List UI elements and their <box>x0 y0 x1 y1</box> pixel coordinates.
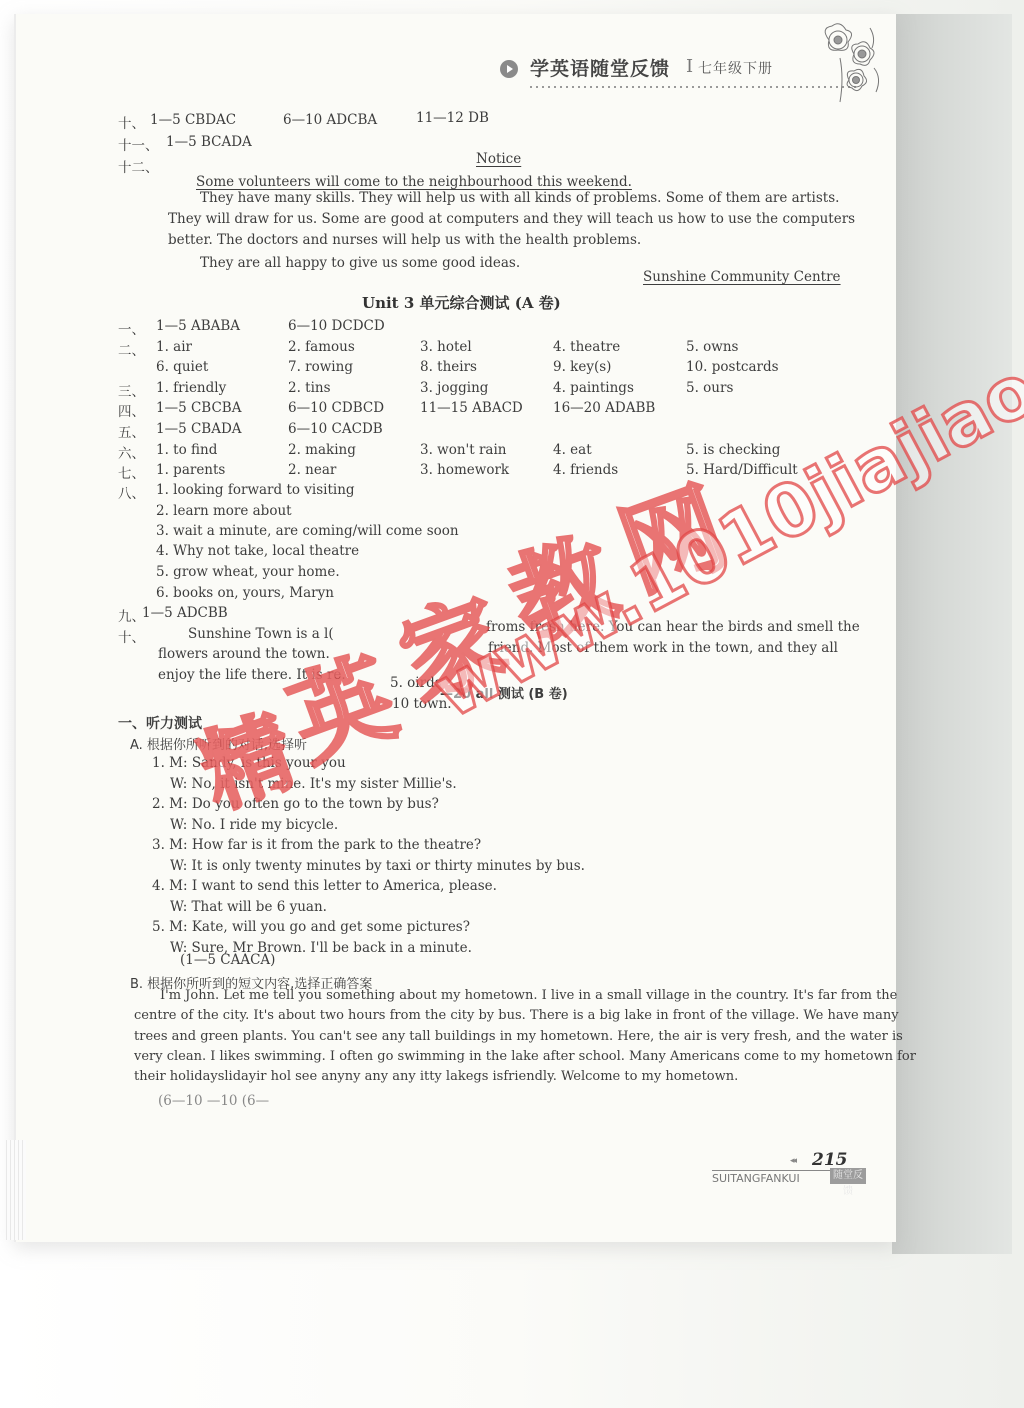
section-10-fragment: 5. oirds <box>390 675 442 691</box>
footer-rule <box>712 1170 830 1171</box>
unit3-row-num: 七、 <box>118 462 145 482</box>
unit3-answer-cell: 3. won't rain <box>420 442 507 458</box>
footer-brand: SUITANGFANKUI <box>712 1172 800 1185</box>
unit3-answer-cell: 1—5 CBCBA <box>156 400 241 416</box>
section-10-right-line: friend. Most of them work in the town, a… <box>488 640 838 656</box>
answer-10-part1: 1—5 CBDAC <box>150 112 236 128</box>
unit3-row-num: 一、 <box>118 318 145 338</box>
unit3-answer-cell: 1. to find <box>156 442 217 458</box>
dialogue-man-line: 1. M: Sandy, is this your you <box>152 755 346 771</box>
dialogue-woman-line: W: No, it isn't mine. It's my sister Mil… <box>170 776 457 792</box>
page-stack-edges <box>6 1140 26 1240</box>
answer-10-part2: 6—10 ADCBA <box>283 112 377 128</box>
unit3-row-num: 三、 <box>118 380 145 400</box>
unit3-answer-cell: 5. is checking <box>686 442 780 458</box>
part-b-line: I'm John. Let me tell you something abou… <box>160 985 897 1006</box>
answer-11-num: 十一、 <box>118 134 159 154</box>
dialogue-woman-line: W: That will be 6 yuan. <box>170 899 327 915</box>
page-number: 215 <box>812 1150 848 1170</box>
unit3-row-num: 二、 <box>118 339 145 359</box>
unit3-answer-cell: 4. paintings <box>553 380 634 396</box>
notice-title: Notice <box>476 151 521 167</box>
dialogue-woman-line: W: It is only twenty minutes by taxi or … <box>170 858 585 874</box>
section-8-item: 6. books on, yours, Maryn <box>156 585 334 601</box>
notice-line-4: They are all happy to give us some good … <box>200 253 520 274</box>
section-10-num: 十、 <box>118 626 145 646</box>
page-edge-shadow <box>892 14 1012 1254</box>
section-10-left-line: enjoy the life there. It is re. <box>158 667 346 683</box>
unit3-answer-cell: 1—5 CBADA <box>156 421 242 437</box>
unit3-answer-cell: 1. friendly <box>156 380 226 396</box>
unit3-answer-cell: 3. jogging <box>420 380 488 396</box>
part-b-answer: (6—10 —10 (6— <box>158 1093 269 1109</box>
dialogue-man-line: 2. M: Do you often go to the town by bus… <box>152 796 439 812</box>
unit3-answer-cell: 1—5 ABABA <box>156 318 240 334</box>
footer-tag: 随堂反馈 <box>830 1168 866 1184</box>
section-8-item: 2. learn more about <box>156 503 292 519</box>
unit3-answer-cell: 3. hotel <box>420 339 472 355</box>
answer-10-num: 十、 <box>118 112 145 132</box>
unit3-answer-cell: 11—15 ABACD <box>420 400 523 416</box>
unit3-answer-cell: 7. rowing <box>288 359 353 375</box>
notice-line-1: They have many skills. They will help us… <box>200 188 839 209</box>
unit3-row-num: 六、 <box>118 442 145 462</box>
answer-10-part3: 11—12 DB <box>416 110 489 126</box>
grade-label: 七年级下册 <box>698 58 773 78</box>
section-9-answer: 1—5 ADCBB <box>142 605 228 621</box>
unit3-answer-cell: 2. near <box>288 462 336 478</box>
unit3-answer-cell: 10. postcards <box>686 359 779 375</box>
unit3-answer-cell: 2. famous <box>288 339 355 355</box>
unit3-answer-cell: 4. eat <box>553 442 592 458</box>
unit3-answer-cell: 16—20 ADABB <box>553 400 655 416</box>
section-8-item: 4. Why not take, local theatre <box>156 543 359 559</box>
unit3-answer-cell: 4. theatre <box>553 339 620 355</box>
flower-decoration-icon <box>810 18 886 108</box>
book-title: 学英语随堂反馈 <box>530 54 670 81</box>
section-10-right-line: froms fresh here. You can hear the birds… <box>486 619 860 635</box>
section-8-item: 3. wait a minute, are coming/will come s… <box>156 523 459 539</box>
dialogue-woman-line: W: No. I ride my bicycle. <box>170 817 338 833</box>
part-b-line: centre of the city. It's about two hours… <box>134 1005 899 1026</box>
page-header: 学英语随堂反馈 I 七年级下册 <box>500 52 890 112</box>
unit3-answer-cell: 5. Hard/Difficult <box>686 462 798 478</box>
part-b-line: their holidayslidayir hol see anyny any … <box>134 1066 738 1087</box>
unit3-answer-cell: 2. making <box>288 442 356 458</box>
unit3-answer-cell: 5. owns <box>686 339 738 355</box>
footer-arrows-icon: ◂◂ <box>790 1156 795 1166</box>
section-8-num: 八、 <box>118 482 145 502</box>
unit3-b-title-fragment: —20 all 测试 (B 卷) <box>440 683 568 702</box>
unit3-row-num: 四、 <box>118 400 145 420</box>
listening-section-title: 一、听力测试 <box>118 713 202 733</box>
dialogue-man-line: 4. M: I want to send this letter to Amer… <box>152 878 497 894</box>
unit3-answer-cell: 1. air <box>156 339 192 355</box>
section-10-left-line: Sunshine Town is a l( <box>188 626 334 642</box>
notice-signature: Sunshine Community Centre <box>643 269 841 285</box>
answer-11-part1: 1—5 BCADA <box>166 134 252 150</box>
dialogue-man-line: 3. M: How far is it from the park to the… <box>152 837 481 853</box>
part-b-line: very clean. I likes swimming. I often go… <box>134 1046 916 1067</box>
section-8-item: 5. grow wheat, your home. <box>156 564 340 580</box>
notice-line-2: They will draw for us. Some are good at … <box>168 209 855 230</box>
unit3-answer-cell: 6—10 DCDCD <box>288 318 385 334</box>
section-10-left-line: flowers around the town. <box>158 646 330 662</box>
part-a-answer: (1—5 CAACA) <box>180 952 275 968</box>
part-a-title: A. 根据你所听到的对话,选择听 <box>130 734 307 753</box>
unit3-row-num: 五、 <box>118 421 145 441</box>
answer-12-num: 十二、 <box>118 156 159 176</box>
unit3-answer-cell: 5. ours <box>686 380 733 396</box>
unit3-answer-cell: 4. friends <box>553 462 618 478</box>
unit3-answer-cell: 8. theirs <box>420 359 477 375</box>
unit3-answer-cell: 1. parents <box>156 462 225 478</box>
unit3-answer-cell: 6. quiet <box>156 359 208 375</box>
dialogue-man-line: 5. M: Kate, will you go and get some pic… <box>152 919 470 935</box>
unit3-answer-cell: 6—10 CDBCD <box>288 400 384 416</box>
section-9-num: 九、 <box>118 605 145 625</box>
play-bullet-icon <box>500 60 518 78</box>
unit3-answer-cell: 9. key(s) <box>553 359 611 375</box>
unit3-answer-cell: 2. tins <box>288 380 331 396</box>
part-b-line: trees and green plants. You can't see an… <box>134 1026 903 1047</box>
notice-line-3: better. The doctors and nurses will help… <box>168 230 641 251</box>
unit3-a-title: Unit 3 单元综合测试 (A 卷) <box>362 292 561 313</box>
unit3-answer-cell: 3. homework <box>420 462 509 478</box>
section-8-item: 1. looking forward to visiting <box>156 482 355 498</box>
unit3-answer-cell: 6—10 CACDB <box>288 421 383 437</box>
title-separator: I <box>686 56 693 77</box>
